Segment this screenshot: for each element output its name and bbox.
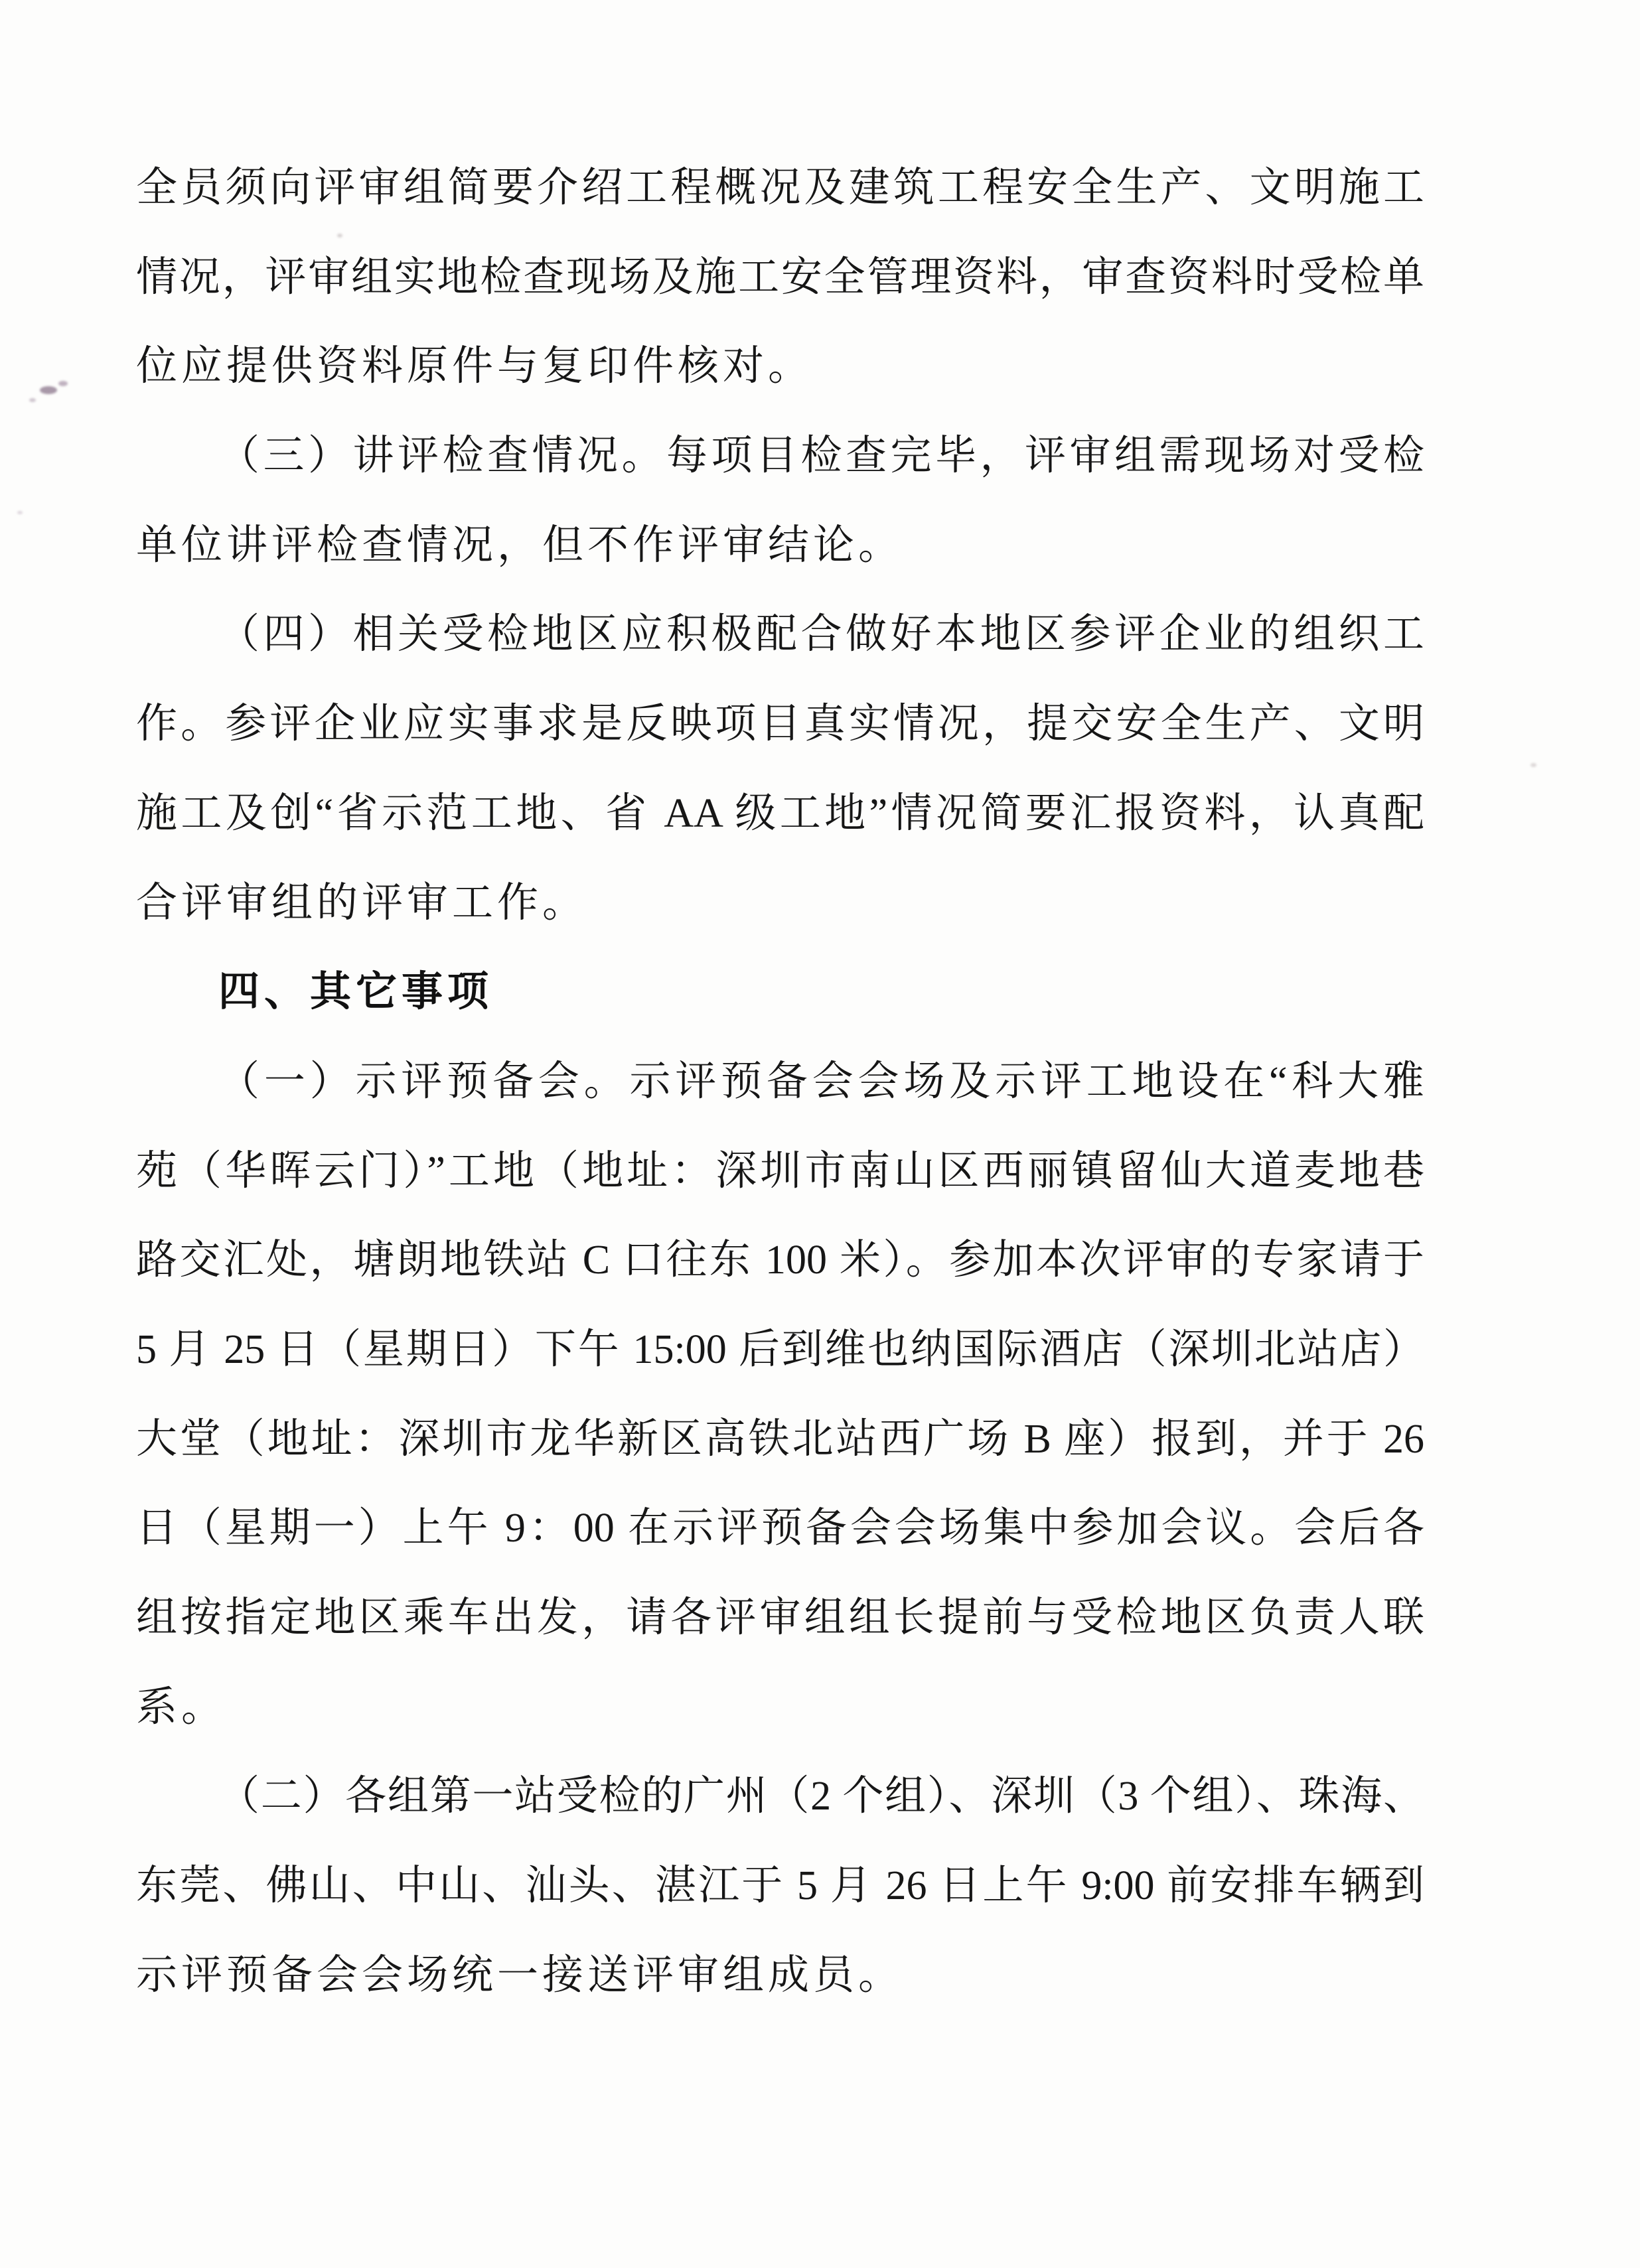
document-line: 情况，评审组实地检查现场及施工安全管理资料，审查资料时受检单 [136,233,1424,322]
document-line: 5 月 25 日（星期日）下午 15:00 后到维也纳国际酒店（深圳北站店） [136,1305,1424,1395]
document-line: 示评预备会会场统一接送评审组成员。 [136,1931,1424,2020]
document-line: 施工及创“省示范工地、省 AA 级工地”情况简要汇报资料，认真配 [136,769,1424,859]
document-page: 全员须向评审组简要介绍工程概况及建筑工程安全生产、文明施工情况，评审组实地检查现… [0,0,1640,2268]
document-line: 苑（华晖云门）”工地（地址：深圳市南山区西丽镇留仙大道麦地巷 [136,1127,1424,1216]
document-line: （二）各组第一站受检的广州（2 个组）、深圳（3 个组）、珠海、 [136,1752,1424,1841]
document-line: 路交汇处，塘朗地铁站 C 口往东 100 米）。参加本次评审的专家请于 [136,1216,1424,1305]
document-line: 合评审组的评审工作。 [136,859,1424,948]
document-line: 大堂（地址：深圳市龙华新区高铁北站西广场 B 座）报到，并于 26 [136,1395,1424,1484]
document-line: 东莞、佛山、中山、汕头、湛江于 5 月 26 日上午 9:00 前安排车辆到 [136,1841,1424,1931]
document-text-block: 全员须向评审组简要介绍工程概况及建筑工程安全生产、文明施工情况，评审组实地检查现… [136,143,1424,2020]
document-line: 系。 [136,1663,1424,1752]
document-line: （三）讲评检查情况。每项目检查完毕，评审组需现场对受检 [136,411,1424,501]
document-line: 全员须向评审组简要介绍工程概况及建筑工程安全生产、文明施工 [136,143,1424,233]
document-line: 位应提供资料原件与复印件核对。 [136,322,1424,411]
document-line: 单位讲评检查情况，但不作评审结论。 [136,501,1424,591]
scan-speck [1530,763,1536,767]
scan-speck [40,386,57,394]
scan-speck [58,381,68,386]
scan-speck [17,511,23,514]
scan-speck [337,234,342,238]
document-line: （一）示评预备会。示评预备会会场及示评工地设在“科大雅 [136,1037,1424,1127]
scan-speck [29,398,36,402]
document-line: 作。参评企业应实事求是反映项目真实情况，提交安全生产、文明 [136,679,1424,769]
section-heading: 四、其它事项 [136,948,1424,1037]
document-line: 组按指定地区乘车出发，请各评审组组长提前与受检地区负责人联 [136,1573,1424,1663]
document-line: 日（星期一）上午 9：00 在示评预备会会场集中参加会议。会后各 [136,1484,1424,1573]
document-line: （四）相关受检地区应积极配合做好本地区参评企业的组织工 [136,590,1424,679]
